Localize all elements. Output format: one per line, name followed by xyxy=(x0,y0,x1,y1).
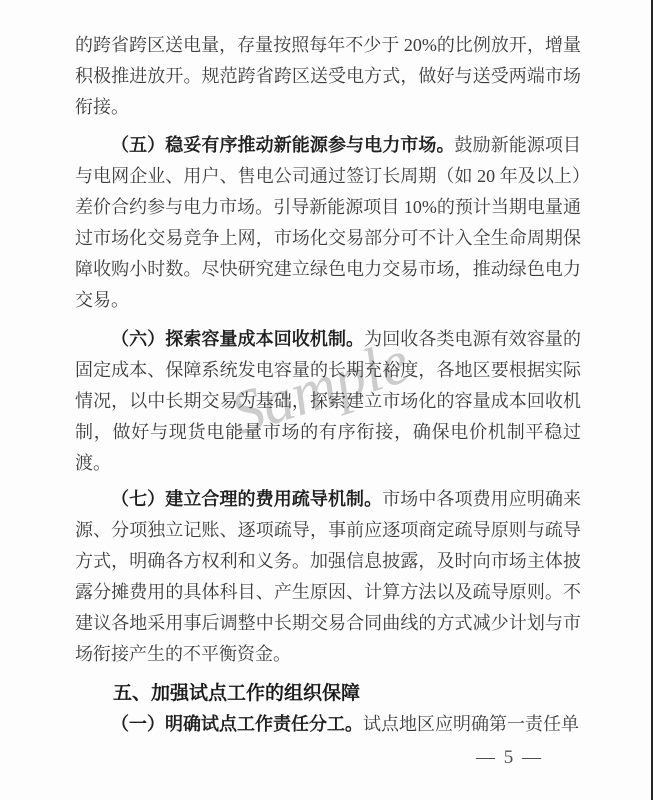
paragraph-text: 市场中各项费用应明确来源、分项独立记账、逐项疏导，事前应逐项商定疏导原则与疏导方… xyxy=(75,489,581,664)
paragraph-text: 鼓励新能源项目与电网企业、用户、售电公司通过签订长周期（如 20 年及以上）差价… xyxy=(75,135,581,310)
paragraph-item-1: （一）明确试点工作责任分工。试点地区应明确第一责任单 xyxy=(75,709,581,740)
scan-edge-line xyxy=(651,0,653,800)
paragraph-item-5: （五）稳妥有序推动新能源参与电力市场。鼓励新能源项目与电网企业、用户、售电公司通… xyxy=(75,130,581,316)
paragraph-item-6: （六）探索容量成本回收机制。为回收各类电源有效容量的固定成本、保障系统发电容量的… xyxy=(75,324,581,479)
paragraph-text: 的跨省跨区送电量，存量按照每年不少于 20%的比例放开，增量积极推进放开。规范跨… xyxy=(75,35,581,117)
paragraph-lead: （一）明确试点工作责任分工。 xyxy=(111,714,363,734)
paragraph-lead: （五）稳妥有序推动新能源参与电力市场。 xyxy=(111,135,455,155)
page-number: — 5 — xyxy=(75,746,581,770)
paragraph-item-7: （七）建立合理的费用疏导机制。市场中各项费用应明确来源、分项独立记账、逐项疏导，… xyxy=(75,484,581,670)
paragraph-continuation: 的跨省跨区送电量，存量按照每年不少于 20%的比例放开，增量积极推进放开。规范跨… xyxy=(75,30,581,123)
paragraph-text: 试点地区应明确第一责任单 xyxy=(363,714,579,734)
section-heading: 五、加强试点工作的组织保障 xyxy=(75,678,581,709)
paragraph-lead: （六）探索容量成本回收机制。 xyxy=(111,329,364,349)
document-content: 的跨省跨区送电量，存量按照每年不少于 20%的比例放开，增量积极推进放开。规范跨… xyxy=(75,30,581,770)
paragraph-text: 为回收各类电源有效容量的固定成本、保障系统发电容量的长期充裕度，各地区要根据实际… xyxy=(75,329,581,473)
paragraph-lead: （七）建立合理的费用疏导机制。 xyxy=(111,489,382,509)
document-page: Sample 的跨省跨区送电量，存量按照每年不少于 20%的比例放开，增量积极推… xyxy=(0,0,654,800)
